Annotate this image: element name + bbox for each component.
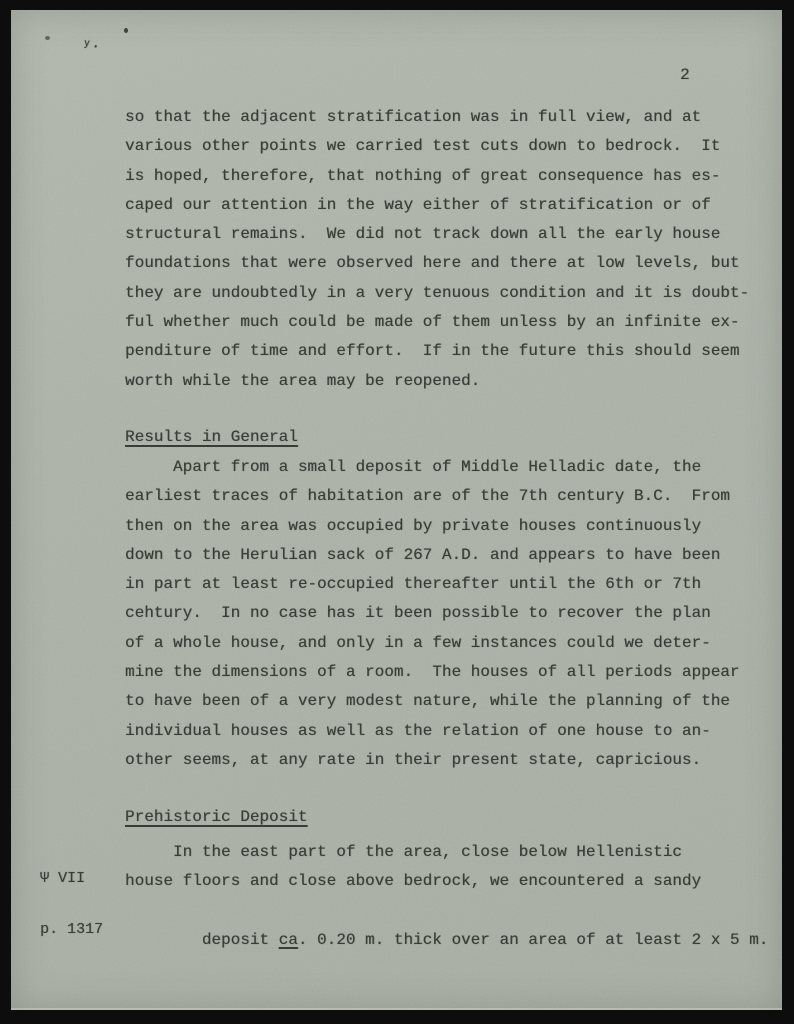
text-line: in part at least re-occupied thereafter … [125,570,740,599]
text-line: In the east part of the area, close belo… [125,838,768,867]
text-line: is hoped, therefore, that nothing of gre… [125,162,749,191]
margin-note-page-ref: p. 1317 [40,921,103,938]
text-line: deposit ca. 0.20 m. thick over an area o… [125,897,768,926]
section-heading-prehistoric-deposit: Prehistoric Deposit [125,803,307,832]
text-line: Apart from a small deposit of Middle Hel… [125,453,740,482]
ink-mark: ʸ· [81,37,101,56]
page-number: 2 [680,66,690,84]
text-line: penditure of time and effort. If in the … [125,337,749,366]
paragraph-results-in-general: Apart from a small deposit of Middle Hel… [125,453,740,775]
photo-black-border: ʸ· 2 so that the adjacent stratification… [0,0,794,1024]
text-line: cehtury. In no case has it been possible… [125,599,740,628]
section-heading-results-in-general: Results in General [125,423,298,452]
page-content: ʸ· 2 so that the adjacent stratification… [0,0,794,1024]
text-segment: deposit [202,931,279,949]
paragraph-prehistoric-deposit: In the east part of the area, close belo… [125,838,768,926]
paragraph-continuation: so that the adjacent stratification was … [125,103,749,396]
text-line: to have been of a very modest nature, wh… [125,687,740,716]
text-line: mine the dimensions of a room. The house… [125,658,740,687]
underlined-abbreviation: ca [279,931,298,949]
ink-speck [45,36,50,40]
margin-note: Ψ VII p. 1317 [40,836,103,972]
text-line: ful whether much could be made of them u… [125,308,749,337]
text-line: structural remains. We did not track dow… [125,220,749,249]
text-line: earliest traces of habitation are of the… [125,482,740,511]
text-segment: . 0.20 m. thick over an area of at least… [298,931,768,949]
text-line: so that the adjacent stratification was … [125,103,749,132]
text-line: other seems, at any rate in their presen… [125,746,740,775]
text-line: down to the Herulian sack of 267 A.D. an… [125,541,740,570]
text-line: various other points we carried test cut… [125,132,749,161]
text-line: they are undoubtedly in a very tenuous c… [125,279,749,308]
text-line: individual houses as well as the relatio… [125,717,740,746]
text-line: house floors and close above bedrock, we… [125,867,768,896]
margin-note-reference: Ψ VII [40,870,103,887]
ink-speck [124,28,128,33]
text-line: caped our attention in the way either of… [125,191,749,220]
text-line: foundations that were observed here and … [125,249,749,278]
text-line: worth while the area may be reopened. [125,367,749,396]
text-line: then on the area was occupied by private… [125,512,740,541]
text-line: of a whole house, and only in a few inst… [125,629,740,658]
